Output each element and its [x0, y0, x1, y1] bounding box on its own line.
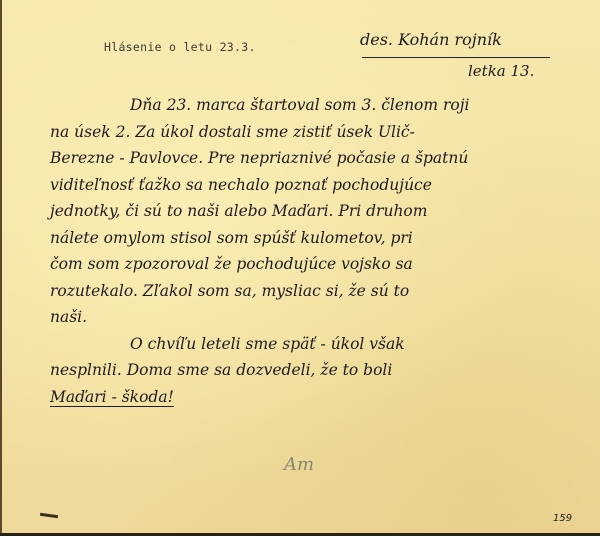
- document-page: Hlásenie o letu 23.3. des. Kohán rojník …: [0, 0, 600, 536]
- arrow-mark-icon: [40, 513, 58, 518]
- body-line: viditeľnosť ťažko sa nechalo poznať poch…: [50, 172, 560, 199]
- unit-label: letka 13.: [468, 62, 534, 80]
- author-signature: des. Kohán rojník: [360, 30, 502, 49]
- body-line-closing: Maďari - škoda!: [50, 384, 560, 411]
- body-line: O chvíľu leteli sme späť - úkol však: [50, 331, 560, 358]
- header-divider-line: [362, 57, 550, 58]
- body-line: nesplnili. Doma sme sa dozvedeli, že to …: [50, 357, 560, 384]
- handwritten-report-body: Dňa 23. marca štartoval som 3. členom ro…: [50, 92, 560, 410]
- body-line: Dňa 23. marca štartoval som 3. členom ro…: [50, 92, 560, 119]
- body-line: naši.: [50, 304, 560, 331]
- body-line: čom som zpozoroval že pochodujúce vojsko…: [50, 251, 560, 278]
- body-line: na úsek 2. Za úkol dostali sme zistiť ús…: [50, 119, 560, 146]
- body-line: rozutekalo. Zľakol som sa, mysliac si, ž…: [50, 278, 560, 305]
- typed-report-title: Hlásenie o letu 23.3.: [104, 40, 256, 54]
- page-left-edge: [0, 0, 2, 536]
- body-line: Berezne - Pavlovce. Pre nepriaznivé poča…: [50, 145, 560, 172]
- body-line: nálete omylom stisol som spúšť kulometov…: [50, 225, 560, 252]
- folio-number: 159: [553, 513, 572, 524]
- body-line: jednotky, či sú to naši alebo Maďari. Pr…: [50, 198, 560, 225]
- pencil-annotation: Am: [284, 454, 314, 475]
